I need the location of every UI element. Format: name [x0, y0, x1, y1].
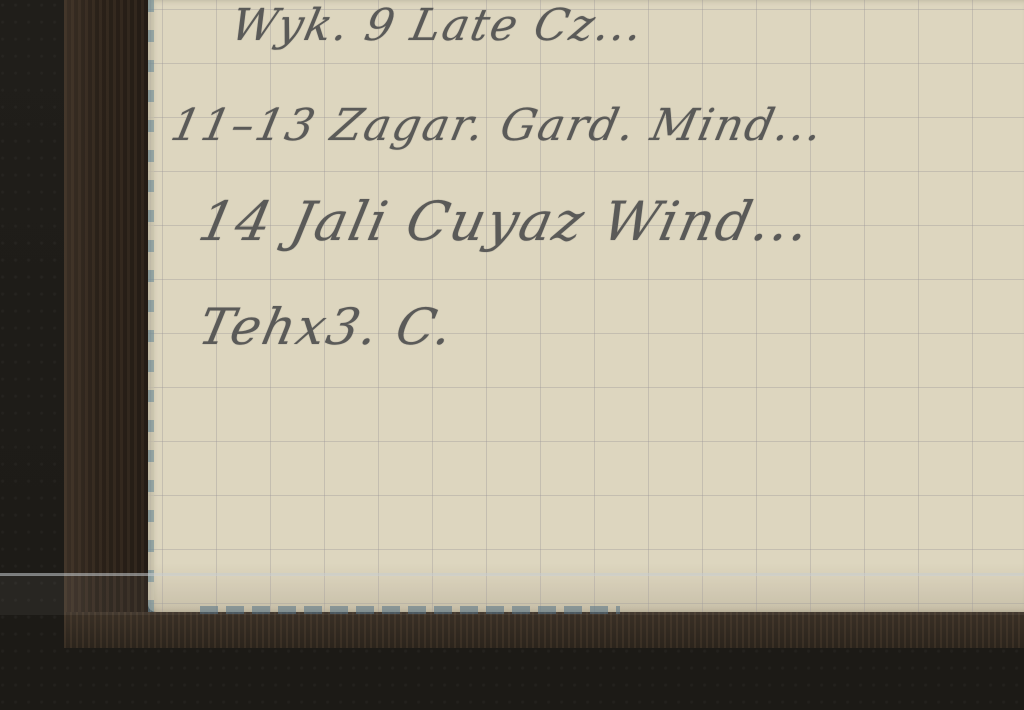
plastic-sleeve-overlay [0, 575, 1024, 615]
handwritten-line-1: Wyk. 9 Late Cz... [227, 0, 650, 51]
notebook-cover-spine [64, 0, 150, 640]
handwritten-line-2: 11–13 Zagar. Gard. Mind... [167, 100, 829, 151]
handwritten-line-3: 14 Jali Cuyaz Wind... [193, 190, 817, 253]
page-edge-marbling [148, 0, 154, 612]
handwritten-line-4: Tehx3. C. [194, 298, 460, 356]
notebook-cover-bottom [64, 612, 1024, 648]
